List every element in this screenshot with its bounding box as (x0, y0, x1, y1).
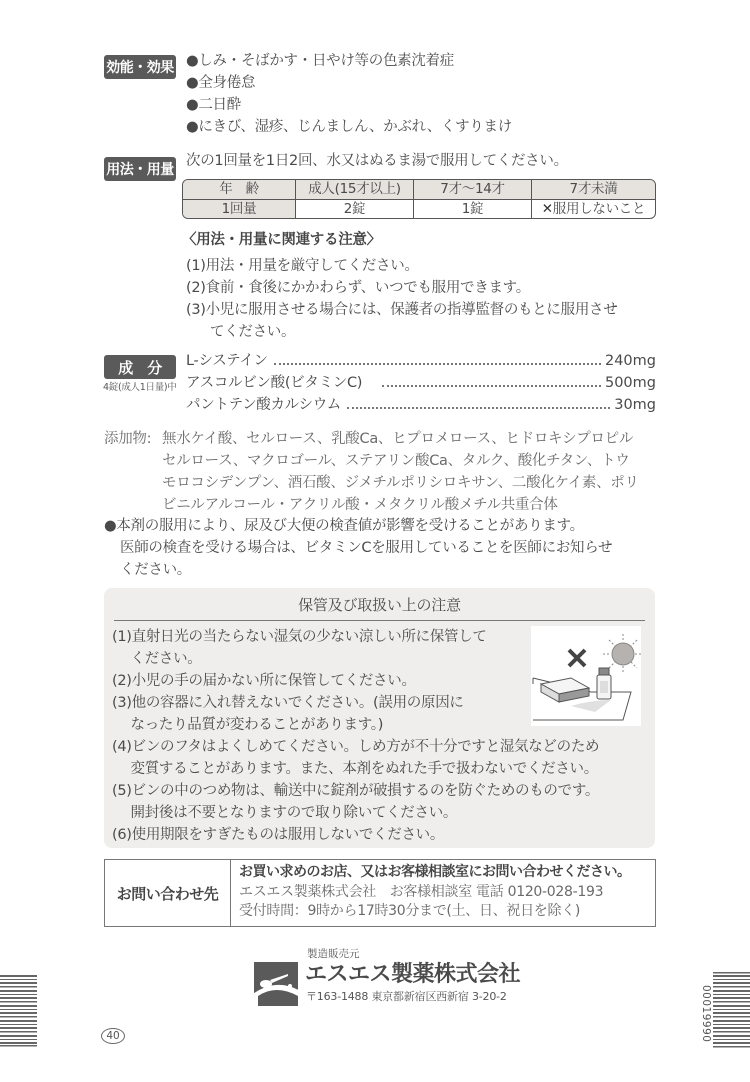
table-header-age: 年 齢 (183, 180, 296, 200)
rabbit-moon-logo-icon (254, 962, 298, 1006)
efficacy-item: ●しみ・そばかす・日やけ等の色素沈着症 (186, 50, 454, 72)
storage-line: (1)直射日光の当たらない湿気の少ない涼しい所に保管して (112, 626, 487, 648)
test-notice-line: ください。 (120, 559, 191, 581)
storage-line: ください。 (112, 648, 202, 670)
contact-line: お買い求めのお店、又はお客様相談室にお問い合わせください。 (239, 862, 631, 883)
x-mark-icon: ✕ (542, 201, 553, 217)
leader-dots (382, 372, 601, 387)
efficacy-item: ●にきび、湿疹、じんましん、かぶれ、くすりまけ (186, 116, 512, 138)
storage-precautions-box: 保管及び取扱い上の注意 (1)直射日光の当たらない湿気の少ない涼しい所に保管して… (104, 588, 655, 848)
additives-line: ビニルアルコール・アクリル酸・メタクリル酸メチル共重合体 (162, 494, 558, 516)
contact-body: お買い求めのお店、又はお客様相談室にお問い合わせください。 エスエス製薬株式会社… (231, 860, 631, 926)
barcode-right (713, 972, 750, 1050)
maker-name: エスエス製薬株式会社 (305, 957, 520, 988)
page-number: 40 (101, 1028, 125, 1044)
additives-line: モロコシデンプン、酒石酸、ジメチルポリシロキサン、二酸化ケイ素、ポリ (162, 472, 639, 494)
storage-line: (5)ビンの中のつめ物は、輸送中に錠剤が破損するのを防ぐためのものです。 (112, 780, 599, 802)
additives-line: 無水ケイ酸、セルロース、乳酸Ca、ヒプロメロース、ヒドロキシプロピル (162, 428, 633, 450)
ingredient-amount: 500mg (605, 372, 656, 394)
ingredient-name: アスコルビン酸(ビタミンC) (186, 372, 362, 394)
company-logo (254, 962, 298, 1006)
storage-line: (3)他の容器に入れ替えないでください。(誤用の原因に (112, 692, 464, 714)
additives-line: セルロース、マクロゴール、ステアリン酸Ca、タルク、酸化チタン、トウ (162, 450, 629, 472)
efficacy-item: ●二日酔 (186, 94, 241, 116)
ingredient-row: アスコルビン酸(ビタミンC) 500mg (186, 372, 656, 394)
ingredient-name: L-システイン (186, 350, 268, 372)
ingredients-badge: 成 分 (104, 355, 176, 379)
leader-dots (274, 350, 601, 365)
test-notice-line: ●本剤の服用により、尿及び大便の検査値が影響を受けることがあります。 (104, 515, 584, 537)
ingredients-badge-note: 4錠(成人1日量)中 (103, 382, 177, 394)
storage-line: (2)小児の手の届かない所に保管してください。 (112, 670, 416, 692)
ingredient-amount: 30mg (614, 394, 656, 416)
dosage-table: 年 齢 成人(15才以上) 7才〜14才 7才未満 1回量 2錠 1錠 ✕服用し… (182, 179, 656, 219)
ingredient-row: パントテン酸カルシウム 30mg (186, 394, 656, 416)
dosage-note: てください。 (210, 321, 295, 343)
dosage-note: (2)食前・食後にかかわらず、いつでも服用できます。 (186, 277, 530, 299)
contact-label: お問い合わせ先 (105, 860, 231, 926)
table-header-child: 7才〜14才 (414, 180, 532, 200)
maker-address: 〒163-1488 東京都新宿区西新宿 3-20-2 (306, 988, 507, 1004)
table-cell-under7: ✕服用しないこと (532, 200, 655, 219)
contact-phone-line: エスエス製薬株式会社 お客様相談室 電話 0120-028-193 (239, 883, 631, 902)
test-notice-line: 医師の検査を受ける場合は、ビタミンCを服用していることを医師にお知らせ (120, 537, 612, 559)
vertical-product-code: 00019990 (700, 985, 712, 1042)
table-header-under7: 7才未満 (532, 180, 655, 200)
table-cell-adult-dose: 2錠 (296, 200, 414, 219)
additives-label: 添加物: (104, 428, 151, 450)
efficacy-item: ●全身倦怠 (186, 72, 255, 94)
table-row-label: 1回量 (183, 200, 296, 219)
contact-box: お問い合わせ先 お買い求めのお店、又はお客様相談室にお問い合わせください。 エス… (104, 859, 656, 927)
not-allowed-text: 服用しないこと (553, 201, 645, 217)
ingredient-amount: 240mg (605, 350, 656, 372)
dosage-intro: 次の1回量を1日2回、水又はぬるま湯で服用してください。 (186, 150, 568, 172)
dosage-notes-title: 〈用法・用量に関連する注意〉 (182, 229, 381, 251)
no-direct-sunlight-illustration (531, 626, 641, 726)
ingredient-name: パントテン酸カルシウム (186, 394, 341, 416)
storage-line: (6)使用期限をすぎたものは服用しないでください。 (112, 824, 444, 846)
storage-line: なったり品質が変わることがあります。) (112, 714, 383, 736)
storage-line: 開封後は不要となりますので取り除いてください。 (112, 802, 457, 824)
table-header-adult: 成人(15才以上) (296, 180, 414, 200)
efficacy-badge: 効能・効果 (104, 55, 176, 79)
barcode-left (0, 975, 37, 1047)
dosage-note: (3)小児に服用させる場合には、保護者の指導監督のもとに服用させ (186, 299, 617, 321)
leader-dots (347, 394, 610, 409)
table-cell-child-dose: 1錠 (414, 200, 532, 219)
contact-hours-line: 受付時間：9時から17時30分まで(土、日、祝日を除く) (239, 902, 631, 921)
storage-line: 変質することがあります。また、本剤をぬれた手で扱わないでください。 (112, 758, 598, 780)
divider (114, 620, 645, 621)
storage-title: 保管及び取扱い上の注意 (104, 594, 655, 615)
storage-line: (4)ビンのフタはよくしめてください。しめ方が不十分ですと湿気などのため (112, 736, 599, 758)
ingredient-row: L-システイン 240mg (186, 350, 656, 372)
sun-shelf-icon (531, 626, 641, 726)
dosage-badge: 用法・用量 (104, 157, 176, 181)
dosage-note: (1)用法・用量を厳守してください。 (186, 255, 419, 277)
